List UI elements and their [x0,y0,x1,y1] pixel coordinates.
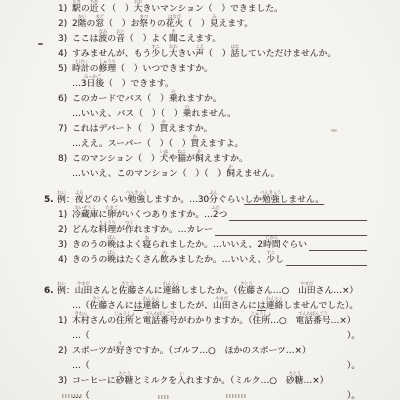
text-run: 犬いぬ [160,152,169,167]
text-run: …○ [270,314,295,329]
furigana: ばん [107,237,115,241]
text-run: 電話番号でんわばんごう [142,314,177,329]
text-run: 2ふた [213,208,219,223]
furigana: みっかご [84,76,101,80]
text-run: …ええ。スーパー（ ）（ ） [72,137,190,152]
furigana: れんらく [266,298,283,302]
item-number: 2) [58,223,72,238]
text-run: 入い [177,374,186,389]
question-line: 1)木村きむらさんの住所じゅうしょと電話番号でんわばんごうがわかりますか。（住所… [58,314,367,329]
worksheet-page: 1)駅えきの近ちかく（ ）大おおきいマンション（ ）できました。2)2階かいの窓… [0,0,400,400]
furigana: たまご [105,207,118,211]
text-run: ）。 [347,359,360,374]
furigana: さとう [288,373,301,377]
furigana: の [162,252,166,256]
item-number: 4) [58,253,72,268]
furigana: さとう [118,373,131,377]
furigana: りょうり [99,222,116,226]
item-number: 3) [58,32,72,47]
text-run: や [168,152,177,167]
text-run: れません。 [191,107,236,122]
item-number: 3) [58,238,72,253]
furigana: じかん [265,237,278,241]
answer-blank [229,208,367,221]
answer-blank-line: …（）。 [72,359,360,374]
furigana: み [212,16,216,20]
furigana: の [185,106,189,110]
text-run: 乗の [169,92,178,107]
text-run: が [186,152,195,167]
furigana: とけい [74,61,87,65]
text-run: 山田やまだ [213,299,231,314]
furigana: れいぞうこ [75,207,96,211]
text-run: 佐藤さとう [119,284,137,299]
text-run: 波なみ [98,32,107,47]
question-line: 7)これはデパート（ ）買かえますか。 [58,122,367,137]
section-number: 5. [44,193,57,208]
item-number: 2) [58,17,72,32]
text-run: ）。 [347,389,360,400]
answer-blank [215,223,367,236]
text-run: …×） [331,314,356,329]
answer-blank-line: …（）。 [72,329,360,344]
text-run: られましたか。…いいえ、2 [151,238,263,253]
text-run: …いいえ、このマンション（ ）（ ） [72,167,226,182]
text-run: 声こえ [195,47,204,62]
cutoff-furigana-fragment [62,394,82,398]
answer-line: …いいえ、このマンション（ ）（ ）飼かえません。 [72,167,367,182]
scan-speck [38,43,43,45]
furigana: しゅうり [99,61,116,65]
answer-blank-line: …（）。 [72,389,360,400]
text-run: 例れい [57,193,66,208]
item-number: 7) [58,122,72,137]
text-run: の [86,17,95,32]
text-run: このマンション（ ） [72,152,160,167]
furigana: やまだ [77,283,90,287]
text-run: 少すこ [151,47,160,62]
text-run: しません。 [279,193,324,208]
text-run: 山田やまだ [75,284,93,299]
text-run: きい [178,47,196,62]
text-run: きのうの [72,238,107,253]
text-run: えますか。 [204,152,248,167]
text-run: …（ [72,329,90,344]
question-line: 3)コーヒーに砂糖さとうとミルクを入いれますか。（ミルク…○ 砂糖さとう…×） [58,374,367,389]
text-run: 佐藤さとう [237,284,255,299]
text-run: しますか。…30 [145,193,209,208]
text-run: 例れい [57,284,66,299]
text-run: スポーツが [72,344,116,359]
answer-line: …いいえ、バス（ ）（ ）乗のれません。 [72,107,367,122]
text-run: 話はな [230,47,239,62]
furigana: べんきょう [260,192,281,196]
item-number: 1) [58,208,72,223]
item-number: 3) [58,374,72,389]
text-run: はたくさん [116,253,160,268]
text-run: 作つく [125,223,134,238]
text-run: が [116,223,125,238]
text-run: 見み [210,17,219,32]
furigana: ふた [211,207,219,211]
answer-line: …ええ。スーパー（ ）（ ）買かえますよ。 [72,137,367,152]
furigana: か [193,136,197,140]
text-run: 音おと [116,32,125,47]
question-line: 4)きのうの晩ばんはたくさん飲のみましたか。…いいえ、少すこし [58,253,367,268]
furigana: ね [145,237,149,241]
furigana: の [171,91,175,95]
furigana: いぬ [160,151,168,155]
text-run: （ ） [183,17,209,32]
text-run: 猫ねこ [177,152,186,167]
text-run: ： [66,193,75,208]
text-run: 電話番号でんわばんごう [295,314,330,329]
text-run: ）。 [347,329,360,344]
answer-blank [286,253,367,266]
question-line: 3)きのうの晩ばんはよく寝ねられましたか。…いいえ、2時間じかんぐらい [58,238,367,253]
text-run: 山田やまだ [298,284,316,299]
text-run: しましたか。（ [180,284,237,299]
text-run: 勉強べんきょう [262,193,280,208]
text-run: 連絡れんらく [163,284,181,299]
furigana: はな [231,46,239,50]
text-run: れますか。（ミルク…○ [186,374,286,389]
furigana: きむら [74,313,87,317]
text-run: このカードでバス（ ） [72,92,169,107]
furigana: よる [75,192,83,196]
text-run: 階かい [78,17,87,32]
item-number: 8) [58,152,72,167]
text-run: りの [148,17,166,32]
furigana: やまだ [215,298,228,302]
furigana: すこ [151,46,159,50]
furigana: れい [57,283,65,287]
text-run: 飼か [195,152,204,167]
text-run: 買か [159,122,168,137]
text-run: ぐらい [281,238,307,253]
text-run: ぐらい [218,193,244,208]
text-run: 祭まつ [139,17,148,32]
worksheet-section-q4: 1)駅えきの近ちかく（ ）大おおきいマンション（ ）できました。2)2階かいの窓… [0,2,400,182]
text-run: の [107,32,116,47]
text-run: 寝ね [142,238,151,253]
furigana: でんわばんごう [298,313,327,317]
answer-line: …3日後みっかご（ ）できます。 [72,77,367,92]
text-run: これはデパート（ ） [72,122,159,137]
furigana: さとう [240,283,253,287]
text-run: 修理しゅうり [98,62,116,77]
question-line: 5)時計とけいの修理しゅうり（ ）いつできますか。 [58,62,367,77]
text-run: えます。 [219,17,253,32]
furigana: おお [169,46,177,50]
item-number: 1) [58,2,72,17]
furigana: れい [57,192,65,196]
text-run: 晩ばん [107,253,116,268]
furigana: ばん [107,252,115,256]
worksheet-section-q6: 6.例れい：山田やまださんと佐藤さとうさんに連絡れんらくしましたか。（佐藤さとう… [0,284,400,400]
question-line: 3)ここは波なみの音おと（ ）よく聞きこえます。 [58,32,367,47]
text-run: えません。 [235,167,280,182]
furigana: い [179,373,183,377]
item-number: 2) [58,344,72,359]
text-run: し [275,253,284,268]
text-run: ： [66,284,75,299]
text-run: 佐藤さとう [90,299,108,314]
furigana: はなび [168,16,181,20]
text-run: 乗の [183,107,192,122]
furigana: すこ [266,252,274,256]
text-run: きですか。（ゴルフ…○ ほかのスポーツ…×） [124,344,310,359]
question-line: 2)どんな料理りょうりが作つくれますか。…カレー [58,223,367,238]
text-run: （ ）いつできますか。 [116,62,213,77]
text-run: とミルクを [133,374,177,389]
item-number: 1) [58,314,72,329]
text-run: （ ） [204,47,230,62]
text-run: ここは [72,32,98,47]
furigana: こえ [195,46,203,50]
text-run: どんな [72,223,98,238]
worksheet-section-q5: 5.例れい：夜よるどのくらい勉強べんきょうしますか。…30分ぷんぐらいしか勉強べ… [0,193,400,268]
question-line: 8)このマンション（ ）犬いぬや猫ねこが飼かえますか。 [58,152,367,167]
text-run: 木村きむら [72,314,90,329]
furigana: まつ [139,16,147,20]
furigana: か [197,151,201,155]
furigana: おと [116,31,124,35]
furigana: じゅうしょ [114,313,135,317]
furigana: べんきょう [126,192,147,196]
cutoff-furigana-fragment [226,394,246,398]
furigana: なみ [99,31,107,35]
text-run: はよく [116,238,142,253]
worksheet-content: 1)駅えきの近ちかく（ ）大おおきいマンション（ ）できました。2)2階かいの窓… [0,2,400,400]
furigana: ぷん [209,192,217,196]
text-run: 住所じゅうしょ [116,314,134,329]
text-run: 飲の [160,253,169,268]
text-run: 住所じゅうしょ [252,314,270,329]
text-run: （ ）できます。 [104,77,174,92]
furigana: まど [95,16,103,20]
text-run: きのうの [72,253,107,268]
text-run: 少すこ [266,253,275,268]
text-run: し [160,47,169,62]
text-run: 飼か [226,167,235,182]
furigana: す [118,343,122,347]
question-line: 2)スポーツが好すきですか。（ゴルフ…○ ほかのスポーツ…×） [58,344,367,359]
text-run: みましたか。…いいえ、 [169,253,266,268]
scan-speck [331,129,337,132]
item-number: 4) [58,47,72,62]
furigana: つく [125,222,133,226]
answer-blank [309,238,367,251]
furigana: でんわばんごう [145,313,174,317]
furigana: れんらく [163,283,180,287]
item-number: 6) [58,92,72,107]
furigana: き [171,31,175,35]
furigana: さとう [92,298,105,302]
furigana: さとう [121,283,134,287]
text-run: …（ [72,359,90,374]
question-line: 6)このカードでバス（ ）乗のれますか。 [58,92,367,107]
text-run: 勉強べんきょう [127,193,145,208]
furigana: ねこ [177,151,185,155]
furigana: えき [72,1,80,5]
text-run: えますよ。 [199,137,243,152]
section-number: 6. [44,284,57,299]
text-run: （ ）よく [125,32,169,47]
furigana: おお [134,1,142,5]
furigana: かい [78,16,86,20]
text-run: えますか。 [168,122,212,137]
furigana: れんらく [143,298,160,302]
furigana: じゅうしょ [251,313,272,317]
cutoff-furigana-fragment [158,395,169,399]
furigana: ちか [90,1,98,5]
text-run: していただけませんか。 [239,47,336,62]
text-run: がわかりますか。（ [178,314,253,329]
text-run: さんの [90,314,116,329]
text-run: …×） [303,374,328,389]
text-run: 3日後みっかご [81,77,104,92]
text-run: コーヒーに [72,374,116,389]
text-run: 好す [116,344,125,359]
text-run: 大おお [169,47,178,62]
text-run: … [72,77,81,92]
text-run: 冷蔵庫れいぞうこ [72,208,98,223]
text-run: さん…×） [316,284,359,299]
item-number: 5) [58,62,72,77]
text-run: 砂糖さとう [286,374,304,389]
furigana: か [228,166,232,170]
text-run: 砂糖さとう [116,374,134,389]
furigana: やまだ [300,283,313,287]
furigana: か [162,121,166,125]
